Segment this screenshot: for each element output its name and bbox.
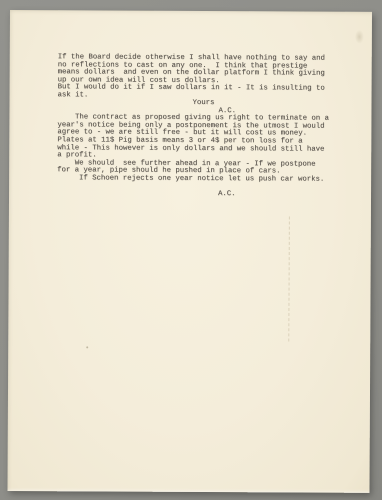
letter-paper: If the Board decide otherwise I shall ha… xyxy=(7,10,372,493)
paragraph-1: If the Board decide otherwise I shall ha… xyxy=(58,54,353,101)
signature-initials: A.C. xyxy=(218,191,352,199)
fold-mark xyxy=(288,216,291,341)
scan-background: If the Board decide otherwise I shall ha… xyxy=(0,0,382,500)
paper-speck xyxy=(86,346,88,348)
paper-smudge xyxy=(355,30,364,44)
paragraph-2: The contract as proposed giving us right… xyxy=(57,115,352,184)
typed-text: If the Board decide otherwise I shall ha… xyxy=(57,54,353,199)
